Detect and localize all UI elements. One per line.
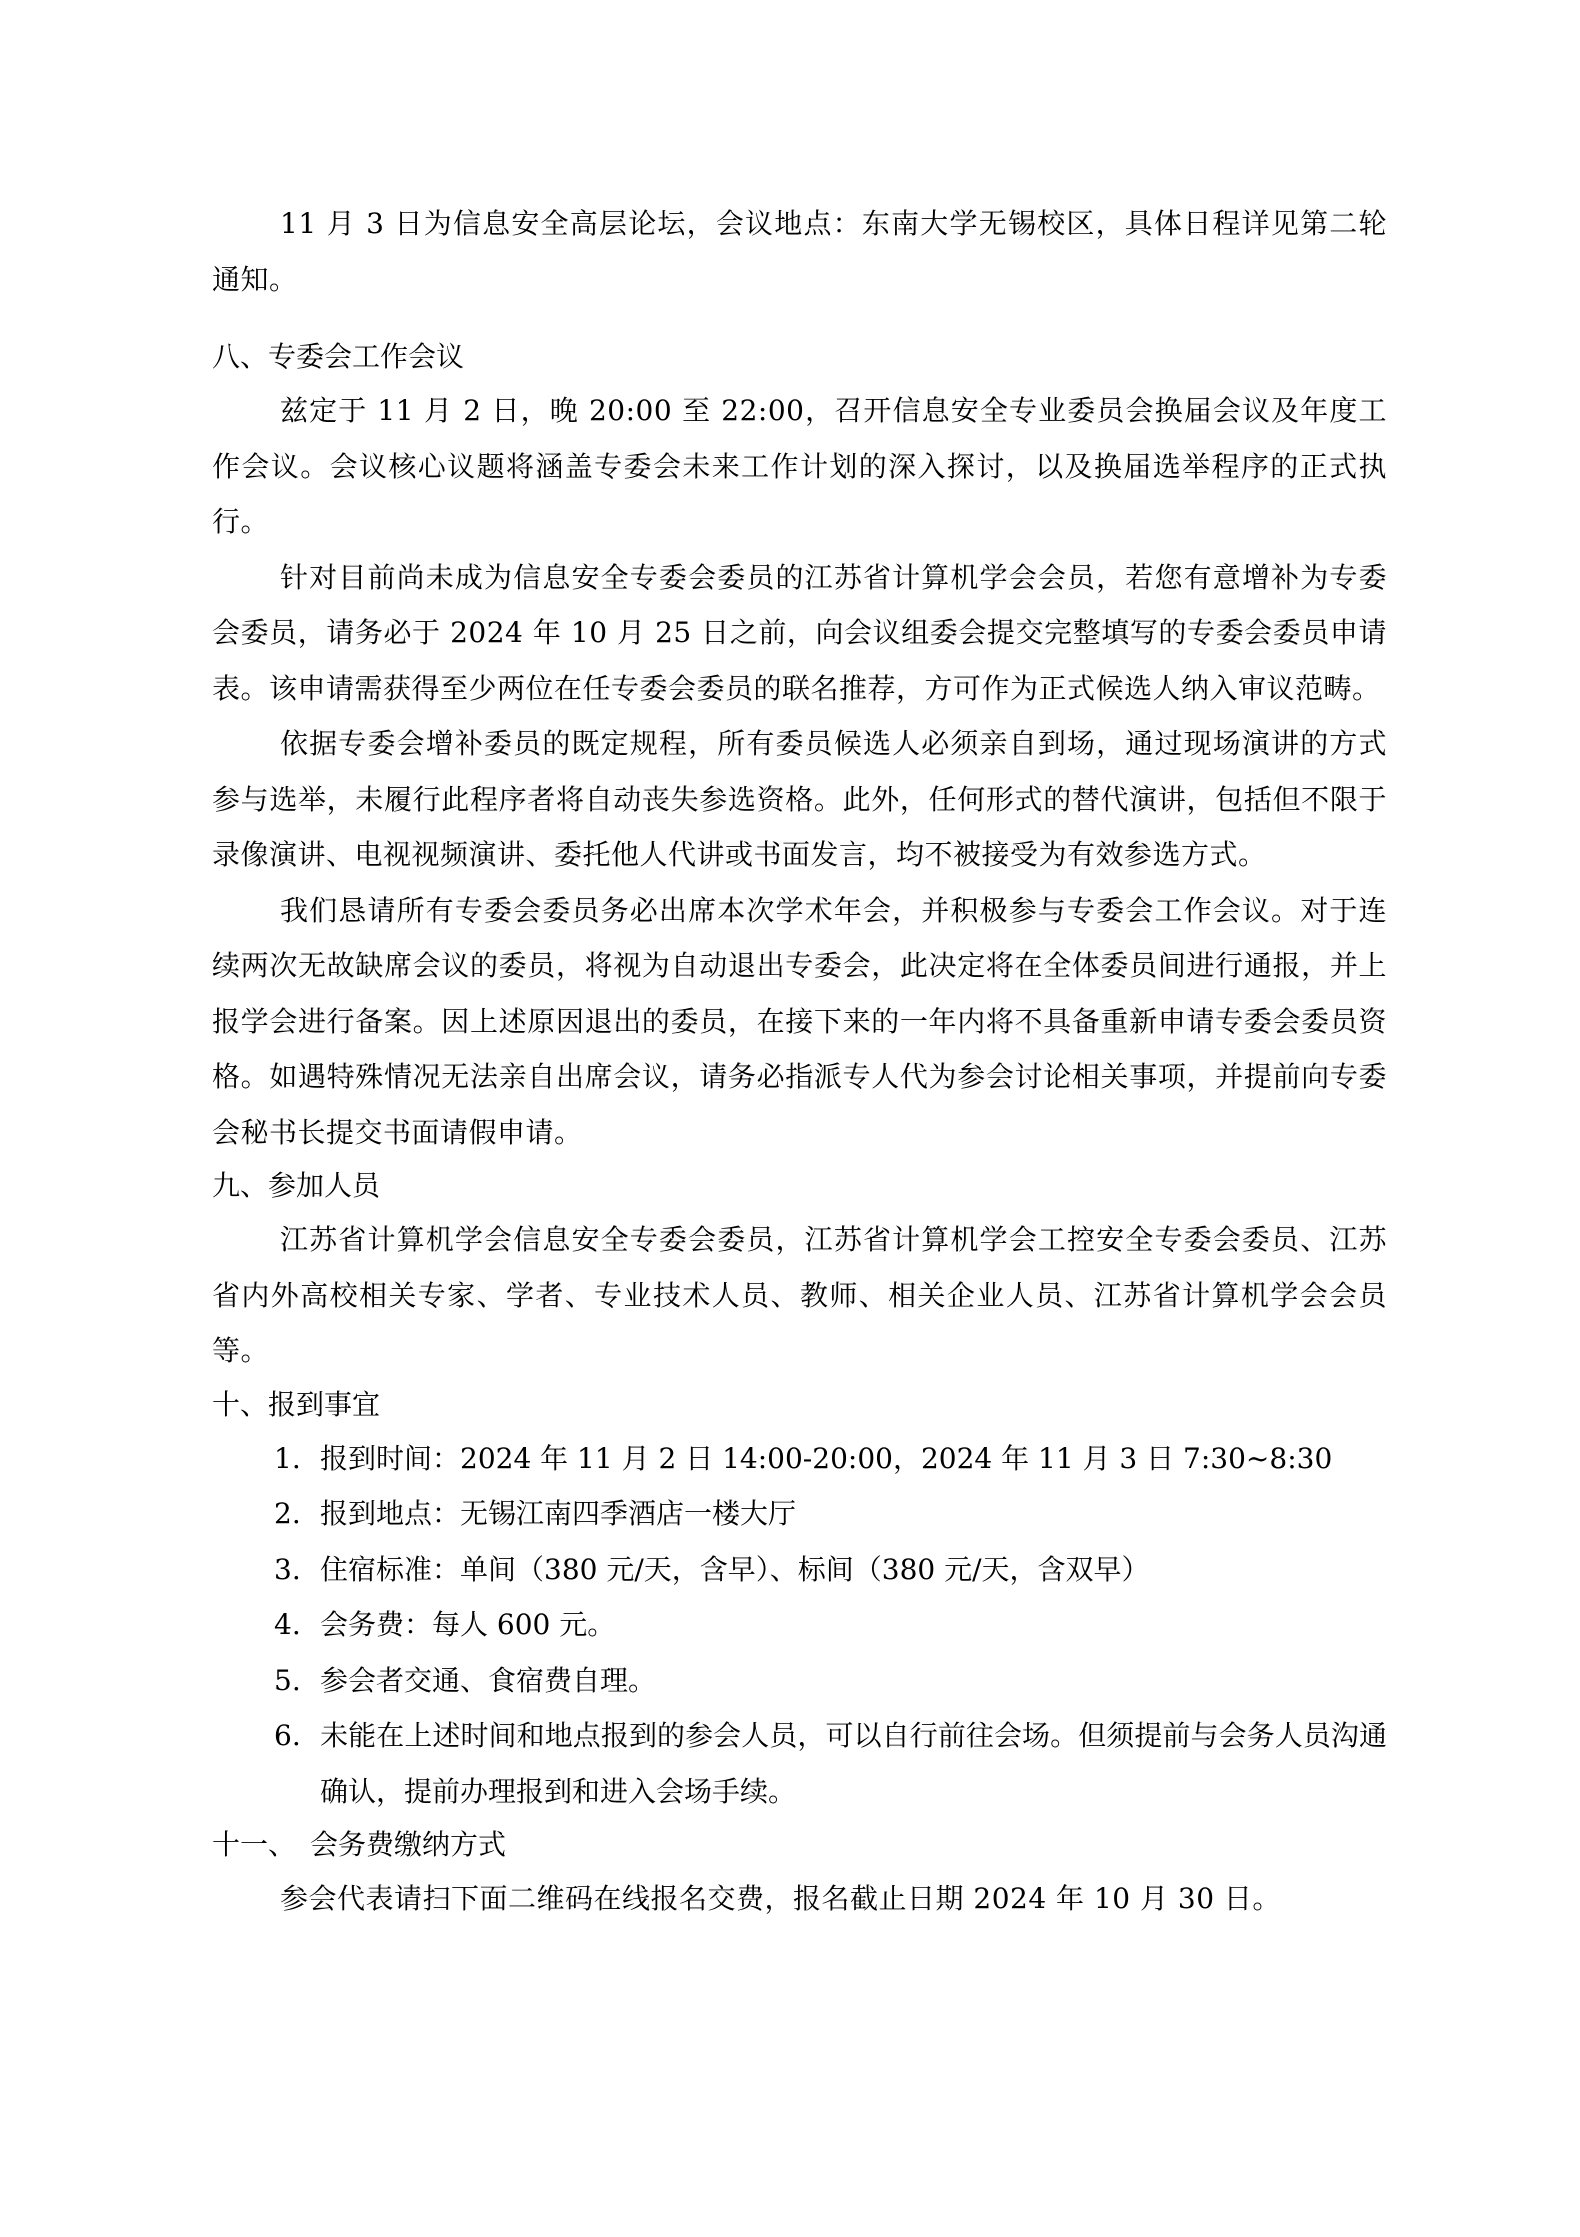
list-number: 4. — [274, 1597, 320, 1653]
list-text: 参会者交通、食宿费自理。 — [320, 1664, 656, 1697]
list-number: 2. — [274, 1486, 320, 1542]
section-9-paragraph-1: 江苏省计算机学会信息安全专委会委员，江苏省计算机学会工控安全专委会委员、江苏省内… — [212, 1212, 1387, 1379]
section-8-paragraph-3: 依据专委会增补委员的既定规程，所有委员候选人必须亲自到场，通过现场演讲的方式参与… — [212, 716, 1387, 883]
section-heading-11: 十一、 会务费缴纳方式 — [212, 1819, 1387, 1871]
list-item: 6.未能在上述时间和地点报到的参会人员，可以自行前往会场。但须提前与会务人员沟通… — [212, 1708, 1387, 1819]
list-item: 5.参会者交通、食宿费自理。 — [212, 1653, 1387, 1709]
list-item: 4.会务费：每人 600 元。 — [212, 1597, 1387, 1653]
list-number: 5. — [274, 1653, 320, 1709]
document-page: 11 月 3 日为信息安全高层论坛，会议地点：东南大学无锡校区，具体日程详见第二… — [212, 196, 1387, 1927]
section-8-paragraph-4: 我们恳请所有专委会委员务必出席本次学术年会，并积极参与专委会工作会议。对于连续两… — [212, 883, 1387, 1161]
section-11-paragraph-1: 参会代表请扫下面二维码在线报名交费，报名截止日期 2024 年 10 月 30 … — [212, 1871, 1387, 1927]
registration-list: 1.报到时间：2024 年 11 月 2 日 14:00-20:00，2024 … — [212, 1431, 1387, 1820]
list-text: 报到地点：无锡江南四季酒店一楼大厅 — [320, 1497, 796, 1530]
list-number: 3. — [274, 1542, 320, 1598]
section-8-paragraph-1: 兹定于 11 月 2 日，晚 20:00 至 22:00，召开信息安全专业委员会… — [212, 383, 1387, 550]
section-heading-8: 八、专委会工作会议 — [212, 331, 1387, 383]
list-text: 报到时间：2024 年 11 月 2 日 14:00-20:00，2024 年 … — [320, 1442, 1332, 1475]
list-text: 会务费：每人 600 元。 — [320, 1608, 615, 1641]
list-item: 1.报到时间：2024 年 11 月 2 日 14:00-20:00，2024 … — [212, 1431, 1387, 1487]
section-8-paragraph-2: 针对目前尚未成为信息安全专委会委员的江苏省计算机学会会员，若您有意增补为专委会委… — [212, 550, 1387, 717]
list-number: 1. — [274, 1431, 320, 1487]
list-text: 住宿标准：单间（380 元/天，含早）、标间（380 元/天，含双早） — [320, 1553, 1150, 1586]
intro-paragraph: 11 月 3 日为信息安全高层论坛，会议地点：东南大学无锡校区，具体日程详见第二… — [212, 196, 1387, 307]
section-heading-9: 九、参加人员 — [212, 1160, 1387, 1212]
list-item: 3.住宿标准：单间（380 元/天，含早）、标间（380 元/天，含双早） — [212, 1542, 1387, 1598]
list-number: 6. — [274, 1708, 320, 1764]
list-item: 2.报到地点：无锡江南四季酒店一楼大厅 — [212, 1486, 1387, 1542]
section-heading-10: 十、报到事宜 — [212, 1379, 1387, 1431]
list-text: 未能在上述时间和地点报到的参会人员，可以自行前往会场。但须提前与会务人员沟通确认… — [320, 1719, 1387, 1808]
